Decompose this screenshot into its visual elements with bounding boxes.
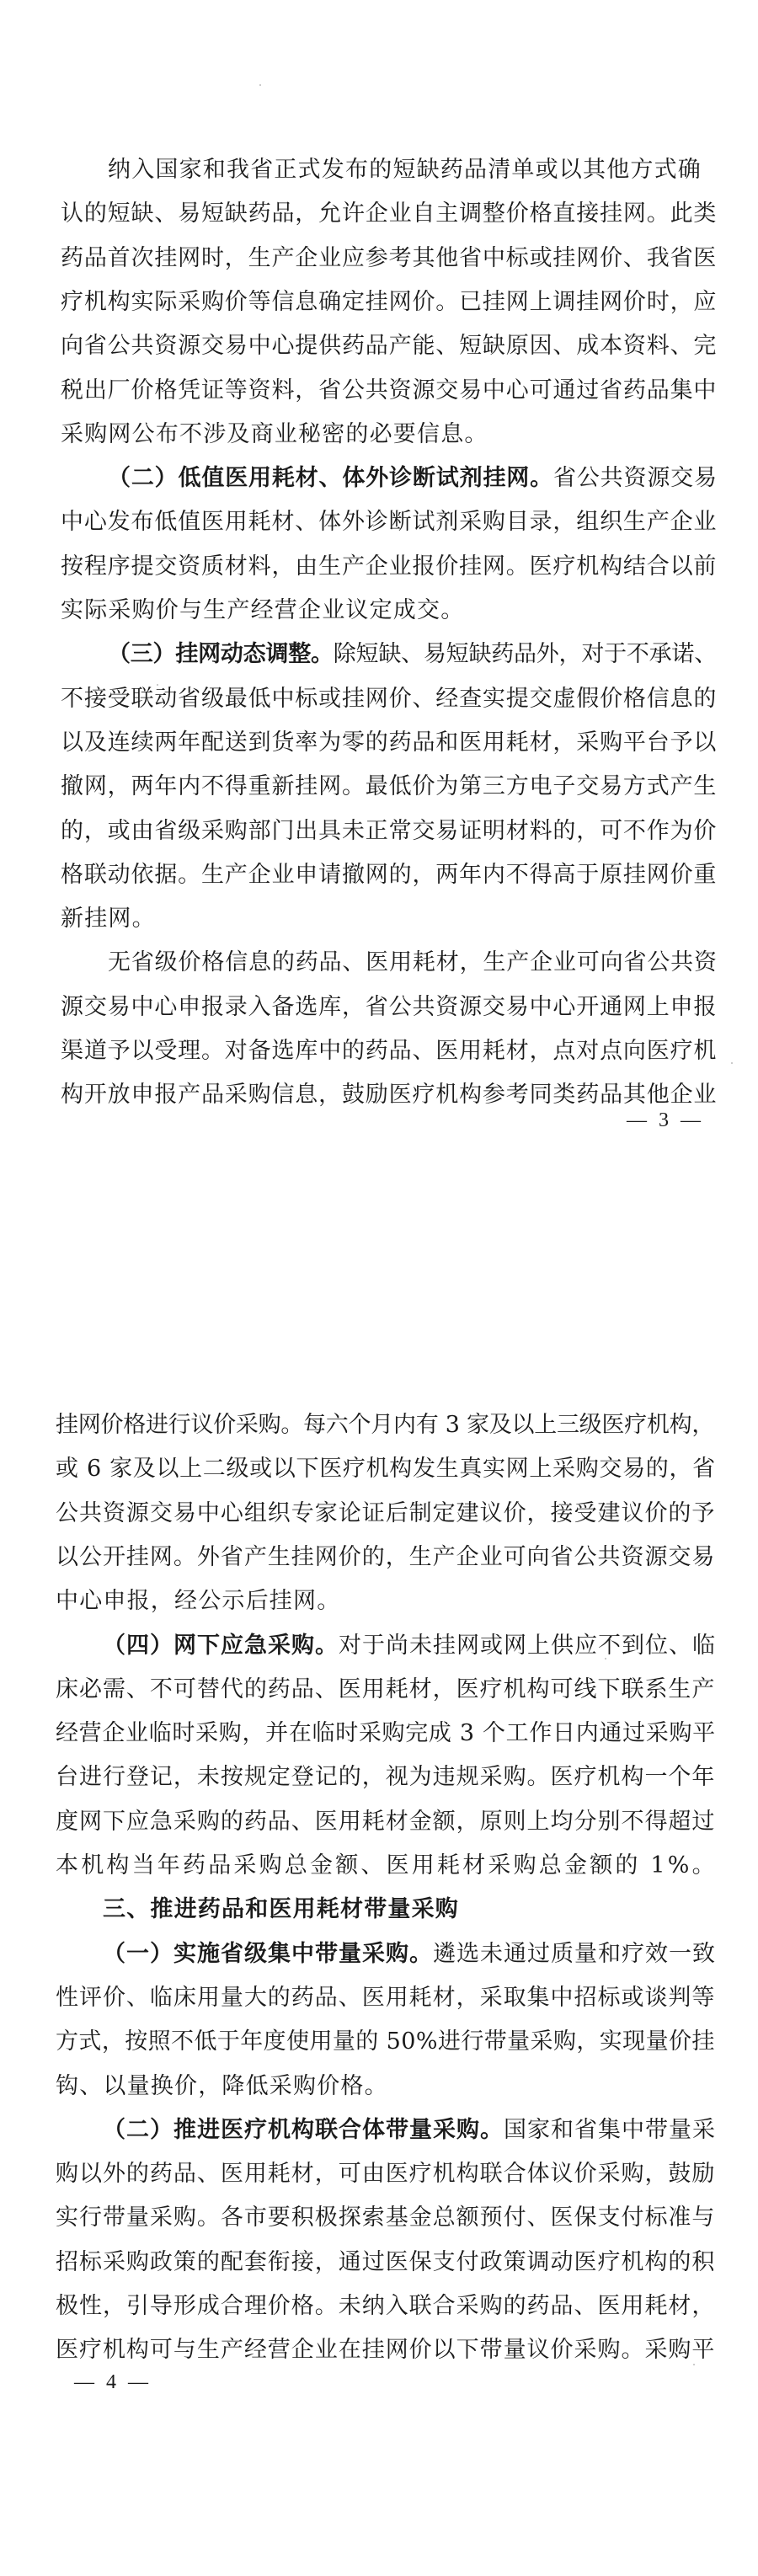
body-line: 经营企业临时采购，并在临时采购完成 3 个工作日内通过采购平	[56, 1721, 716, 1765]
scan-speck	[259, 84, 261, 86]
body-line: 疗机构实际采购价等信息确定挂网价。已挂网上调挂网价时，应	[61, 290, 717, 334]
body-line: 纳入国家和我省正式发布的短缺药品清单或以其他方式确	[108, 158, 702, 201]
subsection-title: （二）低值医用耗材、体外诊断试剂挂网。	[108, 465, 553, 491]
body-line: 招标采购政策的配套衔接，通过医保支付政策调动医疗机构的积	[56, 2250, 715, 2294]
body-line: 或 6 家及以上二级或以下医疗机构发生真实网上采购交易的，省	[56, 1456, 716, 1500]
body-line: 渠道予以受理。对备选库中的药品、医用耗材，点对点向医疗机	[61, 1039, 717, 1082]
scan-speck	[693, 2364, 695, 2365]
body-line: 方式，按照不低于年度使用量的 50%进行带量采购，实现量价挂	[56, 2029, 715, 2073]
line-text: 极性，引导形成合理价格。未纳入联合采购的药品、医用耗材，	[56, 2293, 715, 2319]
subsection-line: （二）低值医用耗材、体外诊断试剂挂网。省公共资源交易	[108, 466, 718, 510]
body-line: 采购网公布不涉及商业秘密的必要信息。	[61, 422, 488, 466]
subsection-title: （三）挂网动态调整。	[108, 641, 334, 667]
line-text: 实际采购价与生产经营企业议定成交。	[61, 597, 464, 623]
line-text: 钩、以量换价，降低采购价格。	[56, 2073, 388, 2099]
line-text: 源交易中心申报录入备选库，省公共资源交易中心开通网上申报	[61, 994, 717, 1020]
body-line: 极性，引导形成合理价格。未纳入联合采购的药品、医用耗材，	[56, 2294, 715, 2338]
body-line: 的，或由省级采购部门出具未正常交易证明材料的，可不作为价	[61, 819, 717, 863]
body-line: 本机构当年药品采购总金额、医用耗材采购总金额的 1%。	[56, 1853, 718, 1897]
line-text: 本机构当年药品采购总金额、医用耗材采购总金额的 1%。	[56, 1852, 718, 1879]
line-text: 度网下应急采购的药品、医用耗材金额，原则上均分别不得超过	[56, 1809, 715, 1835]
line-text: 购以外的药品、医用耗材，可由医疗机构联合体议价采购，鼓励	[56, 2161, 715, 2187]
body-line: 公共资源交易中心组织专家论证后制定建议价，接受建议价的予	[56, 1501, 715, 1545]
body-line: 新挂网。	[61, 906, 156, 950]
body-line: 构开放申报产品采购信息，鼓励医疗机构参考同类药品其他企业	[61, 1082, 717, 1126]
subsection-line: （三）挂网动态调整。除短缺、易短缺药品外，对于不承诺、	[108, 642, 717, 686]
body-line: 不接受联动省级最低中标或挂网价、经查实提交虚假价格信息的	[61, 687, 717, 730]
body-line: 床必需、不可替代的药品、医用耗材，医疗机构可线下联系生产	[56, 1677, 715, 1721]
line-text: 国家和省集中带量采	[504, 2117, 716, 2143]
line-text: 药品首次挂网时，生产企业应参考其他省中标或挂网价、我省医	[61, 245, 717, 271]
line-text: 除短缺、易短缺药品外，对于不承诺、	[334, 641, 717, 667]
line-text: 方式，按照不低于年度使用量的 50%进行带量采购，实现量价挂	[56, 2028, 715, 2055]
line-text: 疗机构实际采购价等信息确定挂网价。已挂网上调挂网价时，应	[61, 289, 717, 315]
line-text: 格联动依据。生产企业申请撤网的，两年内不得高于原挂网价重	[61, 862, 717, 888]
line-text: 以及连续两年配送到货率为零的药品和医用耗材，采购平台予以	[61, 730, 717, 756]
line-text: 医疗机构可与生产经营企业在挂网价以下带量议价采购。采购平	[56, 2337, 715, 2363]
body-line: 度网下应急采购的药品、医用耗材金额，原则上均分别不得超过	[56, 1809, 715, 1853]
line-text: 以公开挂网。外省产生挂网价的，生产企业可向省公共资源交易	[56, 1544, 715, 1570]
subsection-line: （二）推进医疗机构联合体带量采购。国家和省集中带量采	[103, 2118, 716, 2162]
body-line: 实际采购价与生产经营企业议定成交。	[61, 598, 464, 642]
line-text: 性评价、临床用量大的药品、医用耗材，采取集中招标或谈判等	[56, 1985, 715, 2011]
line-text: 台进行登记，未按规定登记的，视为违规采购。医疗机构一个年	[56, 1764, 715, 1790]
body-line: 向省公共资源交易中心提供药品产能、短缺原因、成本资料、完	[61, 334, 717, 377]
line-text: 挂网价格进行议价采购。每六个月内有 3 家及以上三级医疗机构，	[56, 1412, 714, 1438]
scan-speck	[605, 1658, 606, 1659]
body-line: 中心发布低值医用耗材、体外诊断试剂采购目录，组织生产企业	[61, 510, 717, 553]
line-text: 的，或由省级采购部门出具未正常交易证明材料的，可不作为价	[61, 818, 717, 844]
section-heading-text: 三、推进药品和医用耗材带量采购	[103, 1896, 459, 1922]
line-text: 认的短缺、易短缺药品，允许企业自主调整价格直接挂网。此类	[61, 200, 717, 227]
body-line: 撤网，两年内不得重新挂网。最低价为第三方电子交易方式产生	[61, 774, 717, 818]
line-text: 经营企业临时采购，并在临时采购完成 3 个工作日内通过采购平	[56, 1720, 716, 1746]
body-line: 税出厂价格凭证等资料，省公共资源交易中心可通过省药品集中	[61, 378, 717, 422]
body-line: 以公开挂网。外省产生挂网价的，生产企业可向省公共资源交易	[56, 1545, 715, 1589]
body-line: 医疗机构可与生产经营企业在挂网价以下带量议价采购。采购平	[56, 2338, 715, 2381]
body-line: 药品首次挂网时，生产企业应参考其他省中标或挂网价、我省医	[61, 246, 717, 290]
subsection-line: （一）实施省级集中带量采购。遴选未通过质量和疗效一致	[103, 1942, 716, 1985]
body-line: 源交易中心申报录入备选库，省公共资源交易中心开通网上申报	[61, 995, 717, 1039]
body-line: 认的短缺、易短缺药品，允许企业自主调整价格直接挂网。此类	[61, 201, 717, 245]
page-number-4: — 4 —	[74, 2372, 152, 2392]
line-text: 对于尚未挂网或网上供应不到位、临	[339, 1633, 716, 1659]
line-text: 采购网公布不涉及商业秘密的必要信息。	[61, 421, 488, 447]
line-text: 税出厂价格凭证等资料，省公共资源交易中心可通过省药品集中	[61, 377, 717, 404]
page-4: 挂网价格进行议价采购。每六个月内有 3 家及以上三级医疗机构，或 6 家及以上二…	[0, 1289, 758, 2576]
line-text: 构开放申报产品采购信息，鼓励医疗机构参考同类药品其他企业	[61, 1082, 717, 1108]
subsection-title: （一）实施省级集中带量采购。	[103, 1941, 433, 1967]
line-text: 新挂网。	[61, 906, 156, 932]
line-text: 渠道予以受理。对备选库中的药品、医用耗材，点对点向医疗机	[61, 1038, 717, 1064]
body-line: 台进行登记，未按规定登记的，视为违规采购。医疗机构一个年	[56, 1765, 715, 1809]
line-text: 向省公共资源交易中心提供药品产能、短缺原因、成本资料、完	[61, 333, 717, 359]
body-line: 以及连续两年配送到货率为零的药品和医用耗材，采购平台予以	[61, 730, 717, 774]
subsection-title: （二）推进医疗机构联合体带量采购。	[103, 2117, 504, 2143]
scan-speck	[731, 1062, 733, 1064]
line-text: 撤网，两年内不得重新挂网。最低价为第三方电子交易方式产生	[61, 773, 717, 799]
scan-speck	[157, 684, 158, 686]
line-text: 中心申报，经公示后挂网。	[56, 1588, 340, 1614]
page-number-3: — 3 —	[627, 1110, 704, 1130]
line-text: 招标采购政策的配套衔接，通过医保支付政策调动医疗机构的积	[56, 2249, 715, 2275]
body-line: 无省级价格信息的药品、医用耗材，生产企业可向省公共资	[108, 950, 718, 994]
line-text: 或 6 家及以上二级或以下医疗机构发生真实网上采购交易的，省	[56, 1456, 716, 1482]
line-text: 不接受联动省级最低中标或挂网价、经查实提交虚假价格信息的	[61, 686, 717, 712]
page-3: 纳入国家和我省正式发布的短缺药品清单或以其他方式确认的短缺、易短缺药品，允许企业…	[0, 0, 758, 1289]
line-text: 中心发布低值医用耗材、体外诊断试剂采购目录，组织生产企业	[61, 509, 717, 535]
line-text: 遴选未通过质量和疗效一致	[433, 1941, 716, 1967]
line-text: 实行带量采购。各市要积极探索基金总额预付、医保支付标准与	[56, 2205, 715, 2231]
subsection-title: （四）网下应急采购。	[103, 1633, 339, 1659]
line-text: 纳入国家和我省正式发布的短缺药品清单或以其他方式确	[108, 157, 702, 183]
line-text: 床必需、不可替代的药品、医用耗材，医疗机构可线下联系生产	[56, 1676, 715, 1702]
line-text: 按程序提交资质材料，由生产企业报价挂网。医疗机构结合以前	[61, 553, 717, 580]
body-line: 钩、以量换价，降低采购价格。	[56, 2074, 388, 2118]
body-line: 挂网价格进行议价采购。每六个月内有 3 家及以上三级医疗机构，	[56, 1413, 714, 1456]
line-text: 公共资源交易中心组织专家论证后制定建议价，接受建议价的予	[56, 1500, 715, 1526]
body-line: 性评价、临床用量大的药品、医用耗材，采取集中招标或谈判等	[56, 1985, 715, 2029]
body-line: 购以外的药品、医用耗材，可由医疗机构联合体议价采购，鼓励	[56, 2162, 715, 2205]
body-line: 实行带量采购。各市要积极探索基金总额预付、医保支付标准与	[56, 2205, 715, 2249]
line-text: 无省级价格信息的药品、医用耗材，生产企业可向省公共资	[108, 949, 718, 975]
line-text: 省公共资源交易	[553, 465, 718, 491]
body-line: 格联动依据。生产企业申请撤网的，两年内不得高于原挂网价重	[61, 863, 717, 906]
subsection-line: （四）网下应急采购。对于尚未挂网或网上供应不到位、临	[103, 1633, 716, 1677]
body-line: 按程序提交资质材料，由生产企业报价挂网。医疗机构结合以前	[61, 554, 717, 598]
section-heading: 三、推进药品和医用耗材带量采购	[103, 1897, 459, 1941]
body-line: 中心申报，经公示后挂网。	[56, 1589, 340, 1633]
